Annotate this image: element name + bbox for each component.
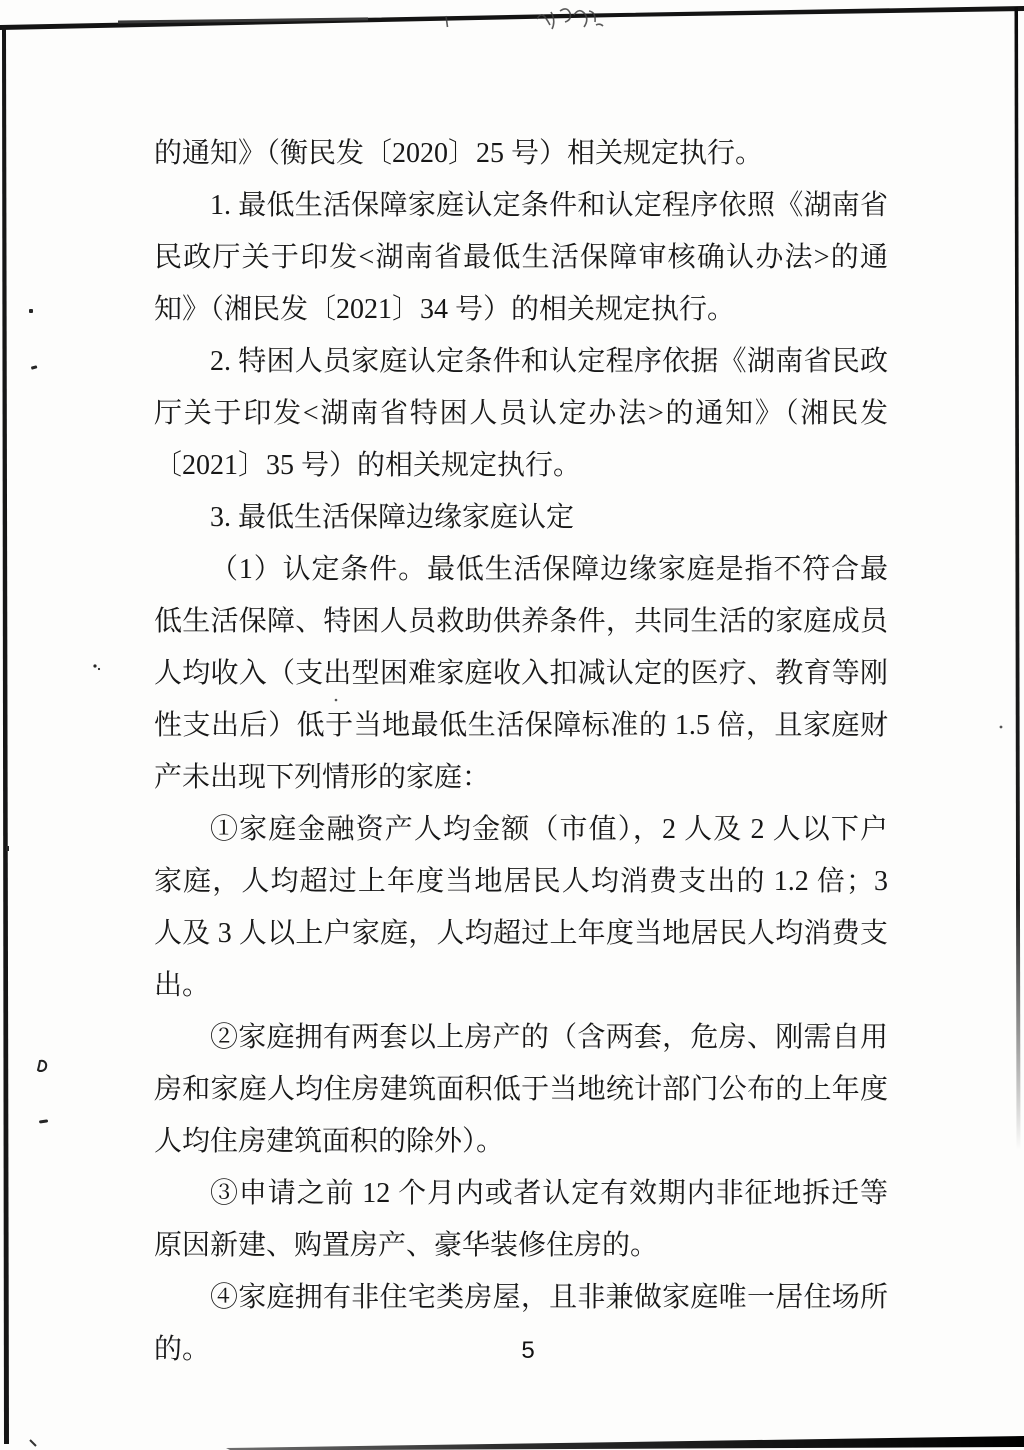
paragraph-item-2: 2. 特困人员家庭认定条件和认定程序依据《湖南省民政厅关于印发<湖南省特困人员认…: [154, 336, 888, 492]
handwriting-smudge: [446, 9, 603, 29]
scan-edge-left: [2, 26, 9, 1444]
page-number: 5: [0, 1337, 1024, 1365]
paragraph-item-1: 1. 最低生活保障家庭认定条件和认定程序依照《湖南省民政厅关于印发<湖南省最低生…: [154, 180, 888, 336]
ink-speck: [39, 1119, 48, 1123]
ink-speck: [93, 664, 96, 667]
paragraph-condition-1: （1）认定条件。最低生活保障边缘家庭是指不符合最低生活保障、特困人员救助供养条件…: [154, 544, 888, 804]
ink-speck: [31, 365, 38, 369]
paragraph-clause-1: ①家庭金融资产人均金额（市值），2 人及 2 人以下户家庭，人均超过上年度当地居…: [154, 804, 888, 1012]
ink-speck: [38, 1061, 46, 1071]
ink-speck: [1000, 726, 1003, 729]
ink-speck: [98, 668, 100, 670]
scan-edge-top: [0, 6, 1024, 30]
scanned-document-page: 的通知》（衡民发〔2020〕25 号）相关规定执行。 1. 最低生活保障家庭认定…: [0, 0, 1024, 1450]
scan-edge-top-overlap: [118, 17, 368, 23]
paragraph-clause-3: ③申请之前 12 个月内或者认定有效期内非征地拆迁等原因新建、购置房产、豪华装修…: [154, 1168, 888, 1272]
paragraph-clause-2: ②家庭拥有两套以上房产的（含两套，危房、刚需自用房和家庭人均住房建筑面积低于当地…: [154, 1012, 888, 1168]
paragraph-continuation: 的通知》（衡民发〔2020〕25 号）相关规定执行。: [154, 128, 888, 180]
document-body: 的通知》（衡民发〔2020〕25 号）相关规定执行。 1. 最低生活保障家庭认定…: [154, 128, 888, 1376]
scan-edge-bottom: [226, 1436, 1024, 1450]
scan-edge-right: [1015, 7, 1021, 1150]
ink-speck: [30, 1440, 36, 1446]
ink-speck: [29, 309, 33, 313]
paragraph-item-3: 3. 最低生活保障边缘家庭认定: [154, 492, 888, 544]
ink-speck: [6, 846, 9, 851]
